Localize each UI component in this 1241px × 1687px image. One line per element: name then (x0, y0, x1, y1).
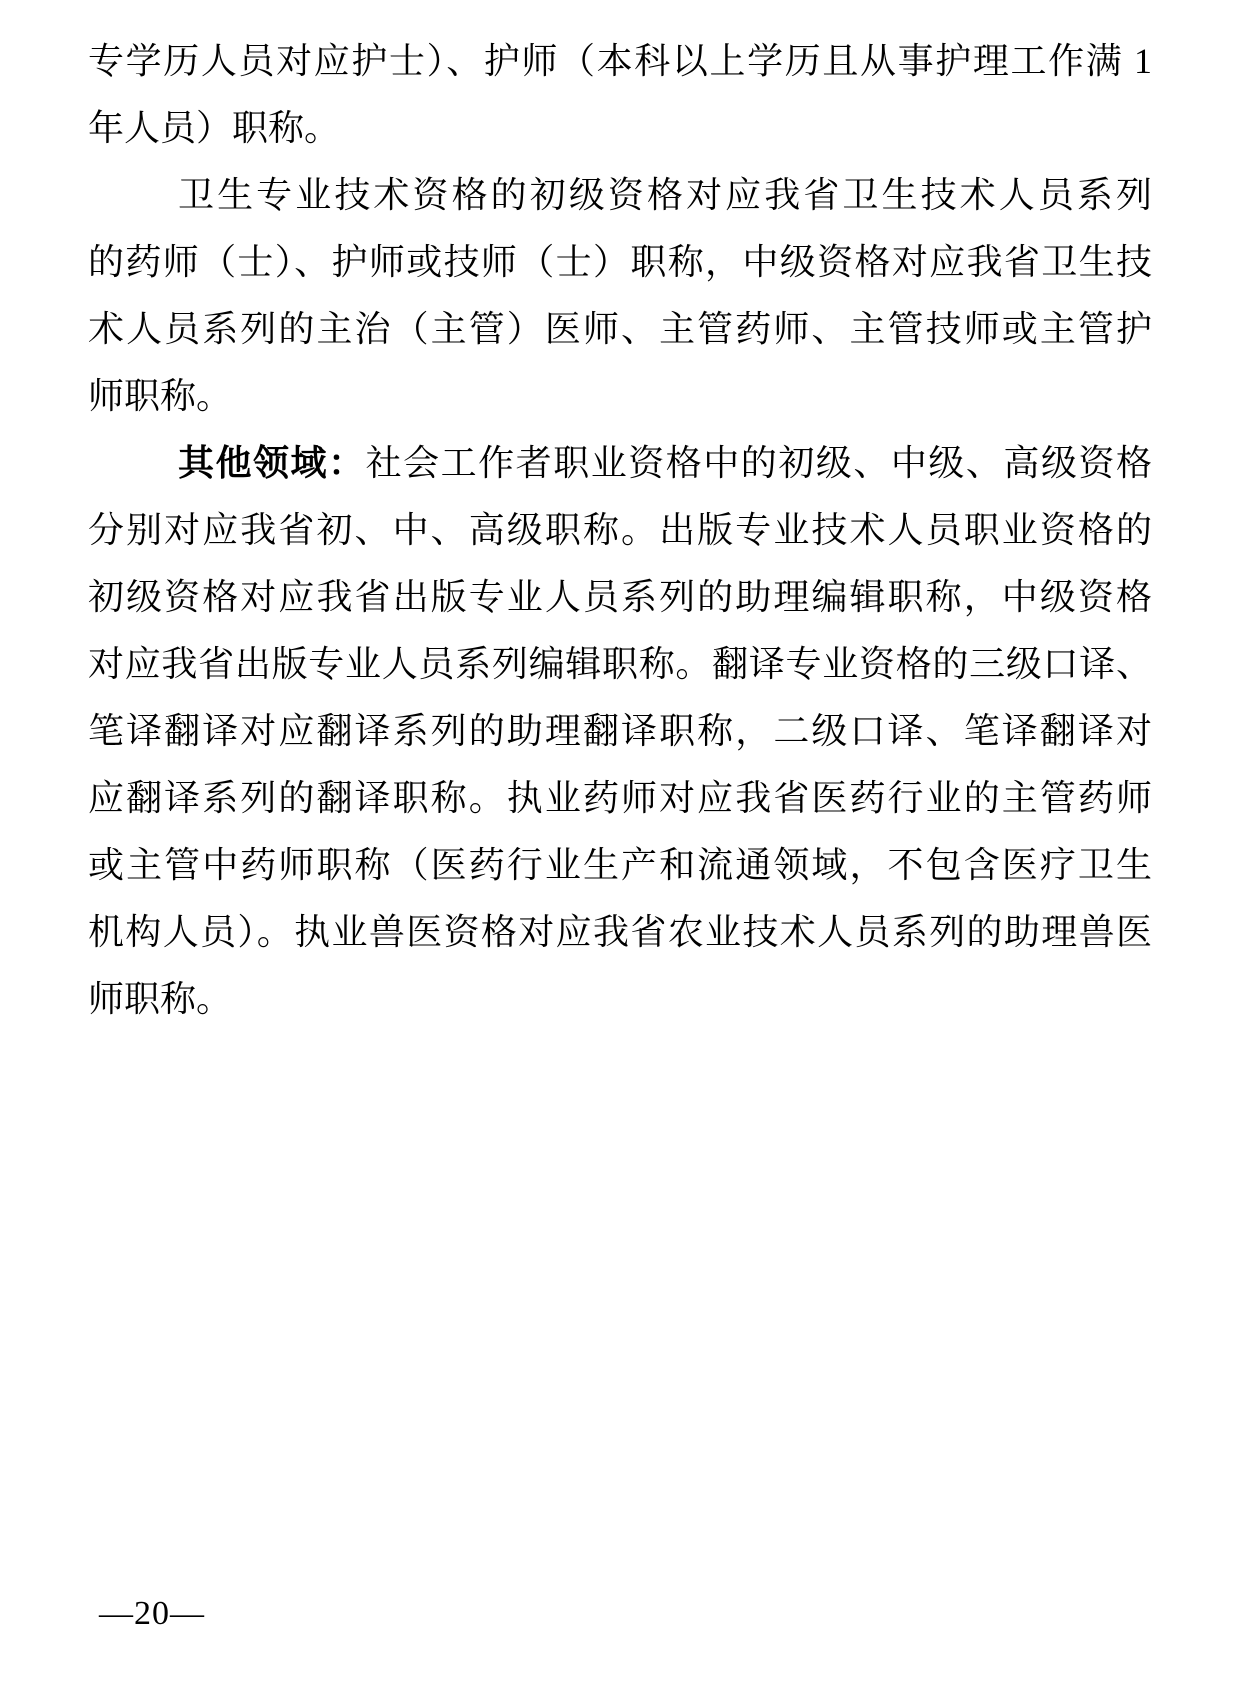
paragraph-lead-bold: 其他领域： (178, 443, 366, 483)
paragraph: 卫生专业技术资格的初级资格对应我省卫生技术人员系列 的药师（士）、护师或技师（士… (88, 162, 1152, 430)
text-line: 师职称。 (88, 966, 1152, 1033)
text-line: 专学历人员对应护士）、护师（本科以上学历且从事护理工作满 1 (88, 28, 1152, 95)
text-line: 笔译翻译对应翻译系列的助理翻译职称，二级口译、笔译翻译对 (88, 698, 1152, 765)
page-number: —20— (99, 1594, 205, 1634)
text-line: 的药师（士）、护师或技师（士）职称，中级资格对应我省卫生技 (88, 229, 1152, 296)
paragraph: 其他领域：社会工作者职业资格中的初级、中级、高级资格 分别对应我省初、中、高级职… (88, 430, 1152, 1033)
text-line: 分别对应我省初、中、高级职称。出版专业技术人员职业资格的 (88, 497, 1152, 564)
text-line: 对应我省出版专业人员系列编辑职称。翻译专业资格的三级口译、 (88, 631, 1152, 698)
text-line: 或主管中药师职称（医药行业生产和流通领域，不包含医疗卫生 (88, 832, 1152, 899)
paragraph: 专学历人员对应护士）、护师（本科以上学历且从事护理工作满 1 年人员）职称。 (88, 28, 1152, 162)
text-line-rest: 社会工作者职业资格中的初级、中级、高级资格 (366, 443, 1152, 483)
text-block: 专学历人员对应护士）、护师（本科以上学历且从事护理工作满 1 年人员）职称。 卫… (88, 28, 1152, 1033)
text-line: 初级资格对应我省出版专业人员系列的助理编辑职称，中级资格 (88, 564, 1152, 631)
text-line: 年人员）职称。 (88, 95, 1152, 162)
text-line: 其他领域：社会工作者职业资格中的初级、中级、高级资格 (88, 430, 1152, 497)
text-line: 应翻译系列的翻译职称。执业药师对应我省医药行业的主管药师 (88, 765, 1152, 832)
text-line: 师职称。 (88, 363, 1152, 430)
text-line: 术人员系列的主治（主管）医师、主管药师、主管技师或主管护 (88, 296, 1152, 363)
text-line: 机构人员）。执业兽医资格对应我省农业技术人员系列的助理兽医 (88, 899, 1152, 966)
document-page: 专学历人员对应护士）、护师（本科以上学历且从事护理工作满 1 年人员）职称。 卫… (0, 0, 1241, 1687)
text-line: 卫生专业技术资格的初级资格对应我省卫生技术人员系列 (88, 162, 1152, 229)
